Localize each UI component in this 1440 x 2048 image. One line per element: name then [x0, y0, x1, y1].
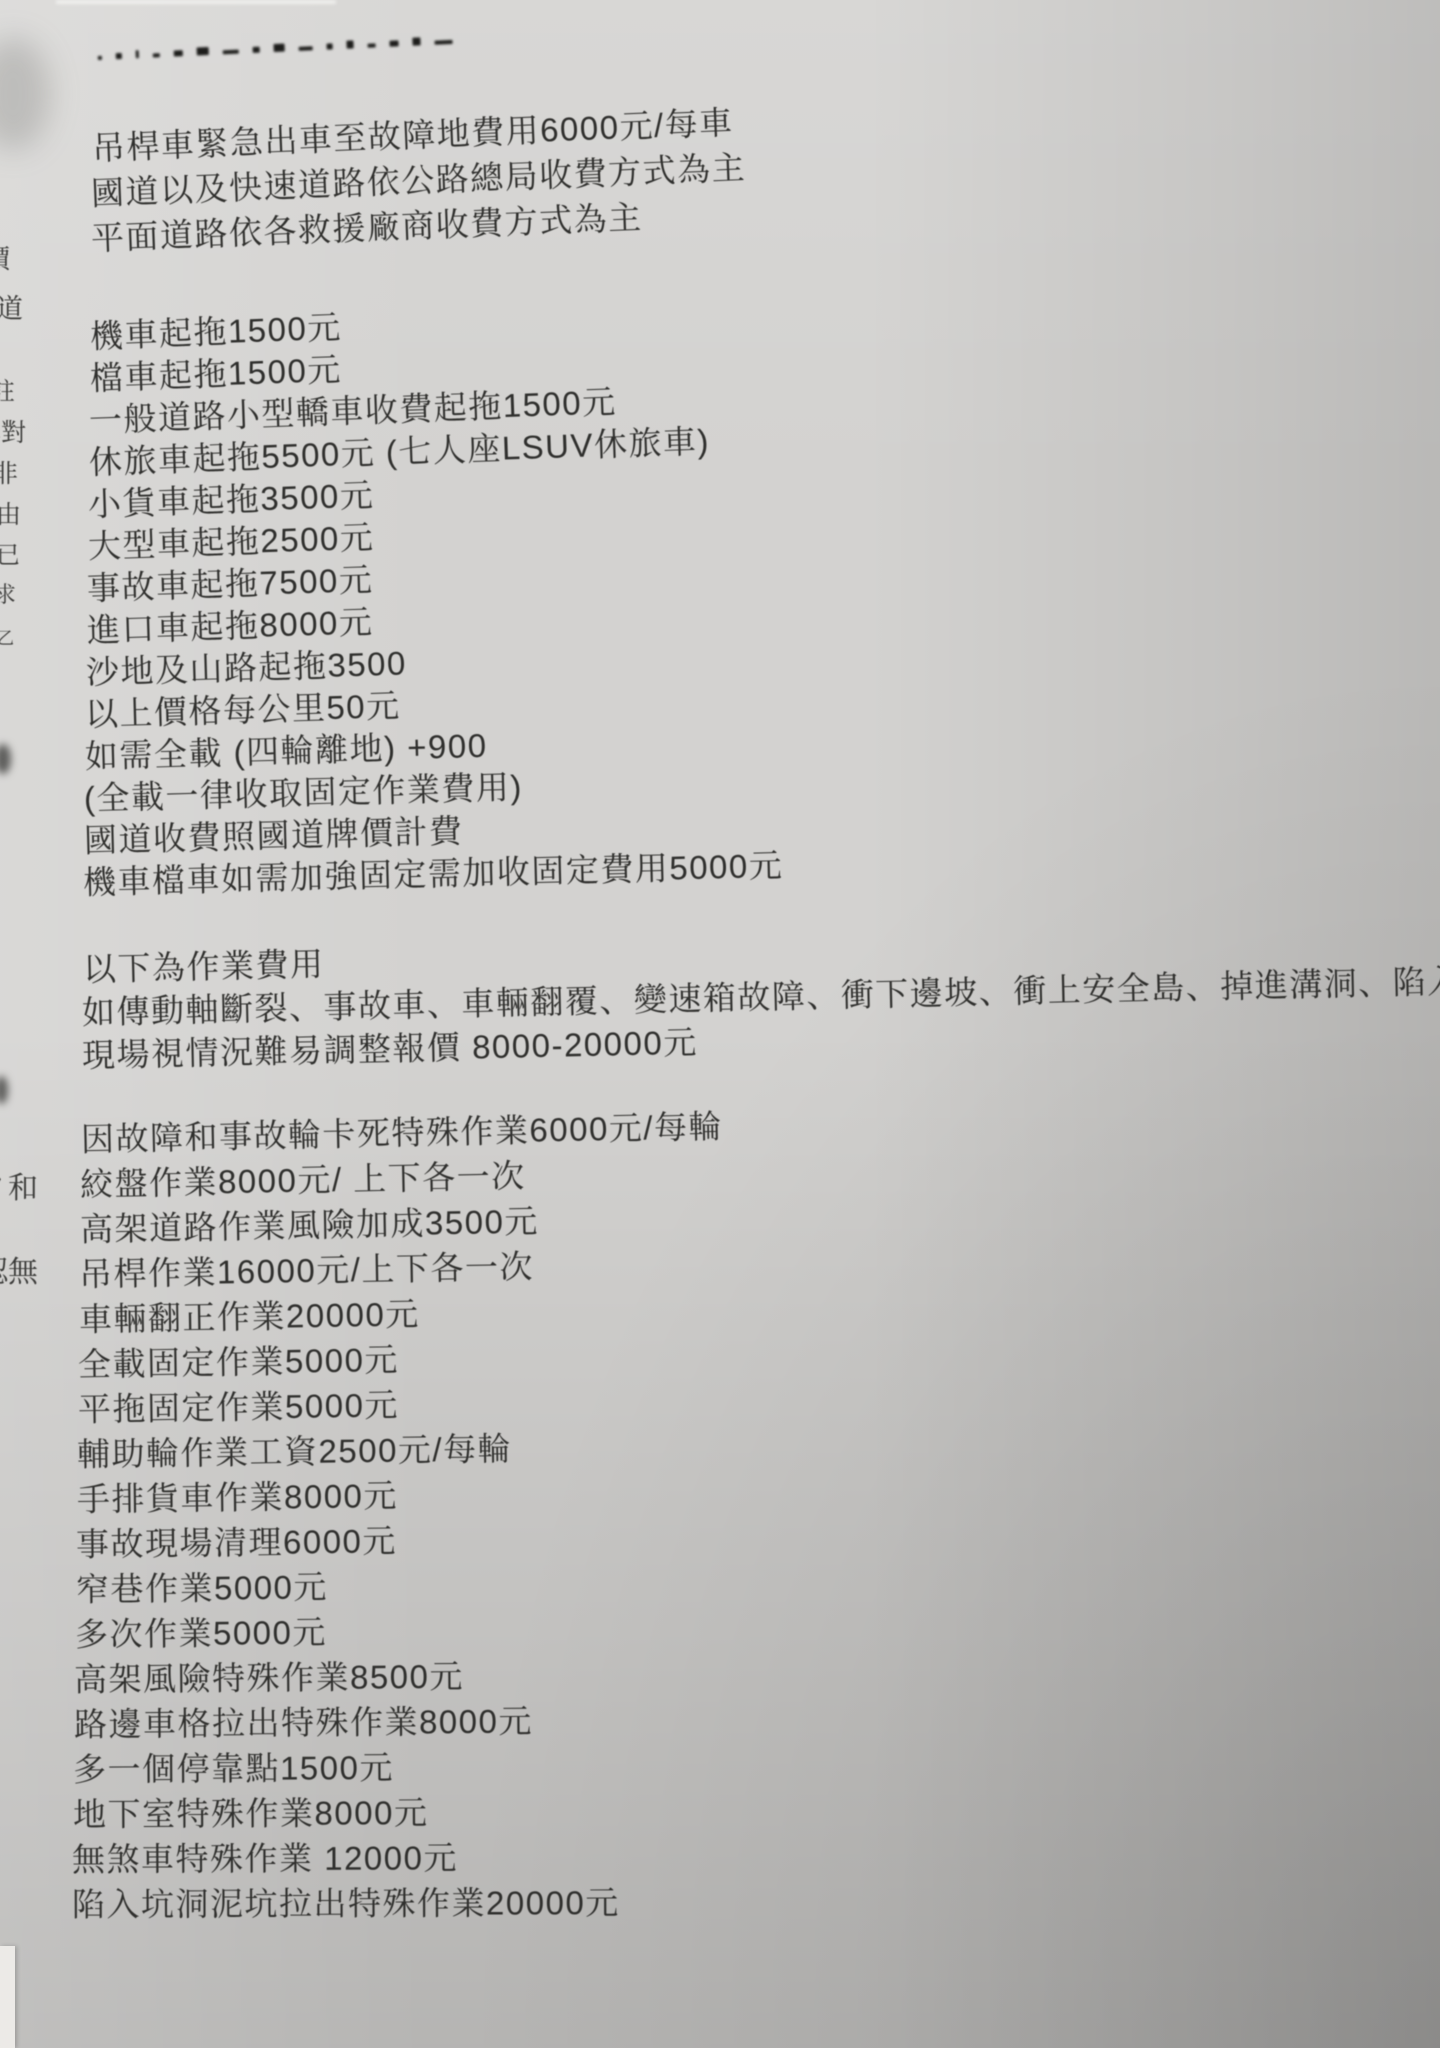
section-operation-fees-intro: 以下為作業費用如傳動軸斷裂、事故車、車輛翻覆、變速箱故障、衝下邊坡、衝上安全島、… [92, 948, 1440, 1077]
paper-shadow-blob [0, 38, 50, 150]
adjacent-page-fragment: 已 [0, 535, 20, 570]
glyph-fragment [389, 40, 398, 46]
price-line: 陷入坑洞泥坑拉出特殊作業20000元 [72, 1877, 1440, 1927]
price-line: 多一個停靠點1500元 [73, 1738, 1440, 1792]
glyph-fragment [273, 44, 284, 52]
glyph-fragment [434, 40, 452, 45]
glyph-fragment [368, 43, 376, 47]
glyph-fragment [174, 50, 183, 56]
adjacent-page-fragment: ノ和 [0, 1163, 38, 1207]
glyph-fragment [326, 43, 332, 49]
price-line: 無煞車特殊作業 12000元 [72, 1831, 1440, 1882]
glyph-fragment [197, 47, 209, 56]
left-edge-smudge [0, 744, 11, 774]
adjacent-page-fragment: 價 [0, 239, 10, 276]
price-list-text: 吊桿車緊急出車至故障地費用6000元/每車國道以及快速道路依公路總局收費方式為主… [92, 126, 1440, 1927]
glyph-fragment [223, 50, 239, 55]
adjacent-page-fragment: 註 [0, 372, 15, 408]
section-special-operation-fees: 因故障和事故輪卡死特殊作業6000元/每輪絞盤作業8000元/ 上下各一次高架道… [92, 1117, 1440, 1927]
glyph-fragment [98, 56, 102, 60]
cropped-text-fragments [96, 0, 787, 60]
glyph-fragment [136, 50, 139, 58]
left-edge-smudge [0, 1076, 8, 1104]
section-dispatch-fees: 吊桿車緊急出車至故障地費用6000元/每車國道以及快速道路依公路總局收費方式為主… [92, 126, 1440, 261]
paper-top-edge-highlight [56, 0, 336, 4]
glyph-fragment [299, 46, 313, 51]
glyph-fragment [346, 40, 353, 48]
glyph-fragment [116, 53, 122, 59]
adjacent-page-fragment: 由 [0, 495, 21, 531]
section-towing-fees: 機車起拖1500元檔車起拖1500元一般道路小型轎車收費起拖1500元休旅車起拖… [92, 316, 1440, 904]
paper-edge-strip [0, 1946, 15, 2048]
adjacent-page-fragment: 認無 [0, 1247, 38, 1291]
adjacent-page-fragment: 本對 [0, 413, 26, 449]
photographed-price-list-page: 吊桿車緊急出車至故障地費用6000元/每車國道以及快速道路依公路總局收費方式為主… [0, 0, 1440, 2048]
adjacent-page-fragment: 非 [0, 454, 18, 490]
adjacent-page-fragment: 求 [0, 578, 16, 609]
glyph-fragment [253, 47, 260, 53]
glyph-fragment [412, 37, 420, 45]
price-line: 地下室特殊作業8000元 [73, 1784, 1440, 1837]
adjacent-page-fragment: 道 [0, 287, 23, 326]
glyph-fragment [153, 53, 160, 57]
adjacent-page-fragment: 乙 [0, 624, 14, 649]
